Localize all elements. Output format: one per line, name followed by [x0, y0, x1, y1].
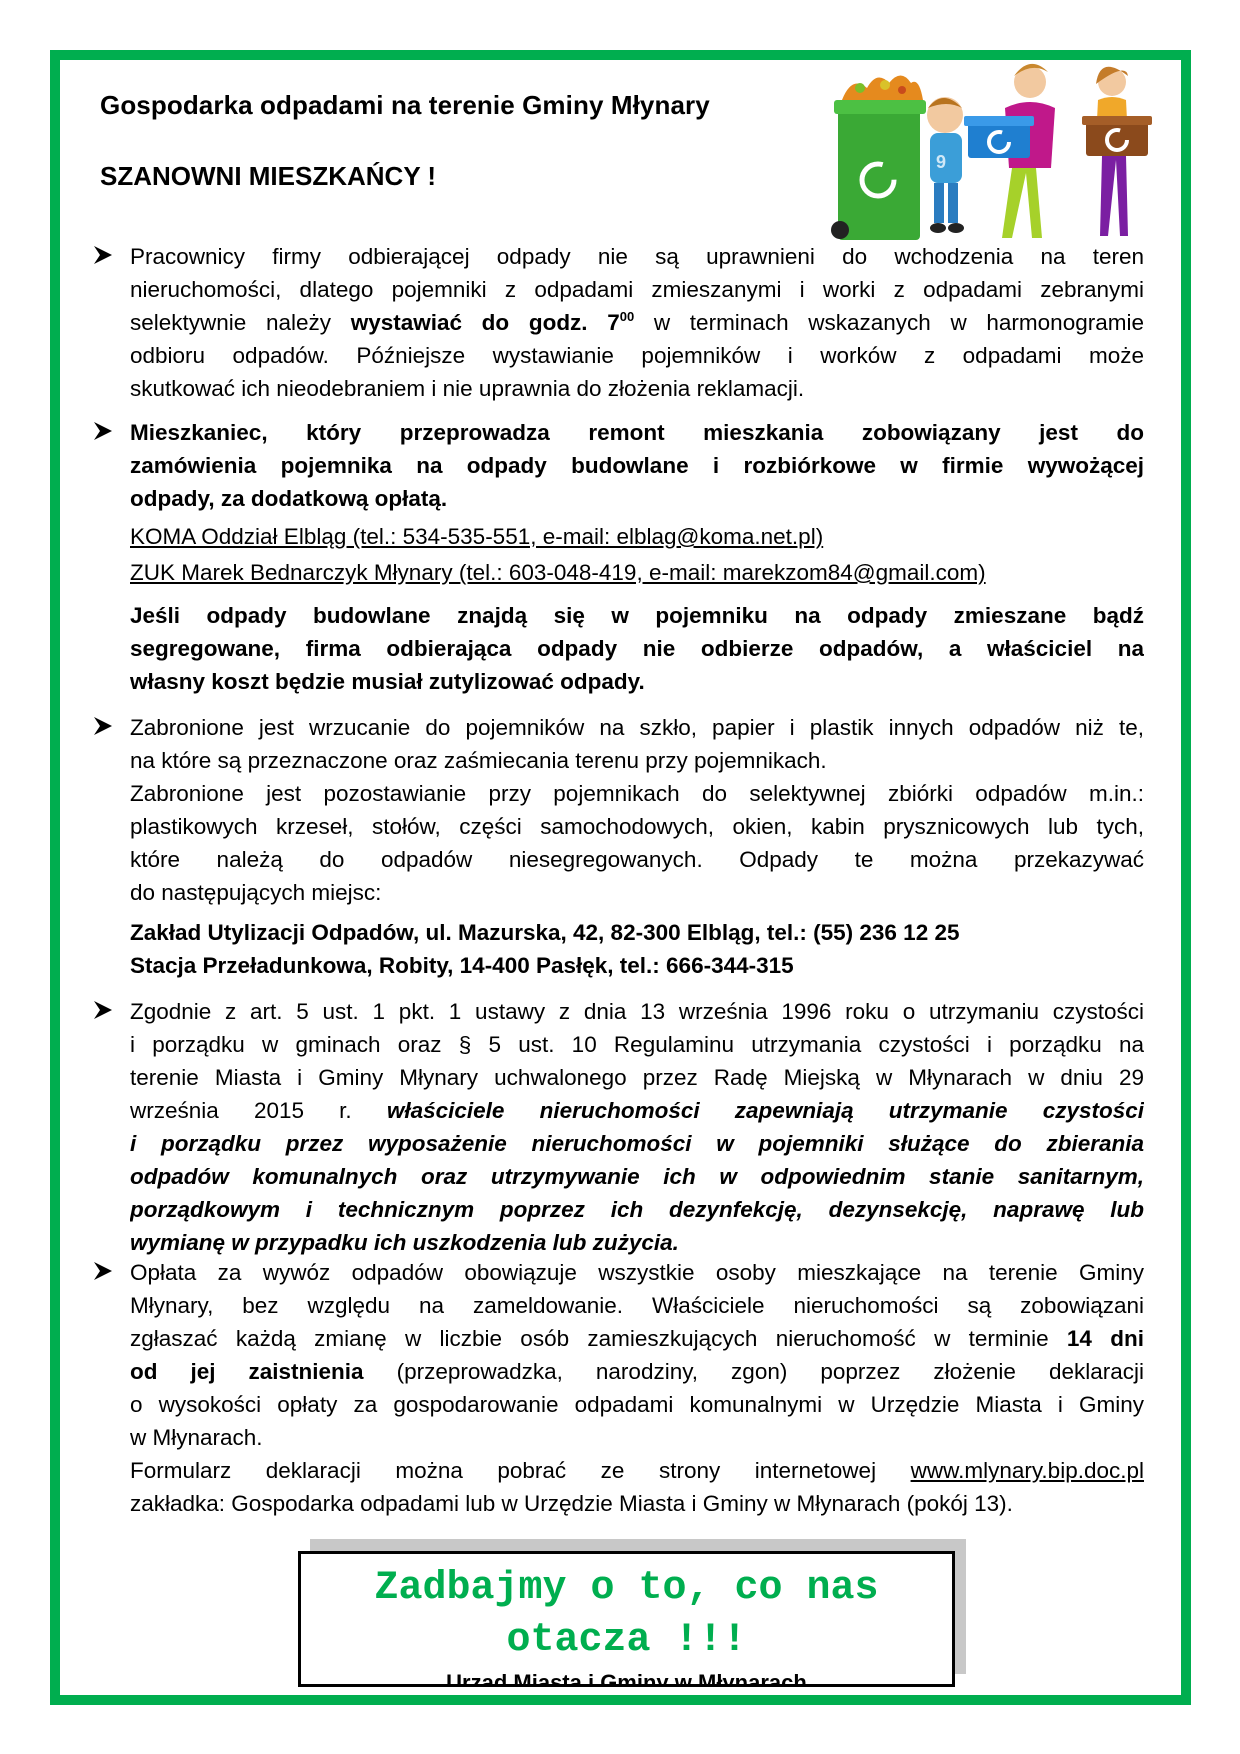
warning-line: własny koszt będzie musiał zutylizować o…	[130, 665, 1144, 698]
green-bin-icon	[831, 76, 926, 241]
p5-line: Opłata za wywóz odpadów obowiązuje wszys…	[130, 1256, 1144, 1289]
p3-line: na które są przeznaczone oraz zaśmiecani…	[130, 744, 1144, 777]
p1-line: nieruchomości, dlatego pojemniki z odpad…	[130, 273, 1144, 306]
disposal-place-1: Zakład Utylizacji Odpadów, ul. Mazurska,…	[130, 916, 1144, 949]
p3-line: do następujących miejsc:	[130, 876, 1144, 909]
contact-zuk-link[interactable]: ZUK Marek Bednarczyk Młynary (tel.: 603-…	[130, 556, 986, 589]
p4-line: odpadów komunalnych oraz utrzymywanie ic…	[130, 1160, 1144, 1193]
disposal-place-2: Stacja Przeładunkowa, Robity, 14-400 Pas…	[130, 949, 1144, 982]
p5-line: w Młynarach.	[130, 1421, 1144, 1454]
p5-line: zgłaszać każdą zmianę w liczbie osób zam…	[130, 1322, 1144, 1355]
p4-line: i porządku przez wyposażenie nieruchomoś…	[130, 1127, 1144, 1160]
p3-line: Zabronione jest pozostawianie przy pojem…	[130, 777, 1144, 810]
arrow-bullet-icon	[92, 244, 114, 266]
p5-line: od jej zaistnienia (przeprowadzka, narod…	[130, 1355, 1144, 1388]
warning-line: Jeśli odpady budowlane znajdą się w poje…	[130, 599, 1144, 632]
arrow-bullet-icon	[92, 420, 114, 442]
motto-line-2: otacza !!!	[301, 1615, 952, 1667]
motto-box: Zadbajmy o to, co nas otacza !!! Urząd M…	[298, 1551, 955, 1687]
website-link[interactable]: www.mlynary.bip.doc.pl	[911, 1458, 1144, 1483]
p1-line: skutkować ich nieodebraniem i nie uprawn…	[130, 372, 1144, 405]
recycling-family-illustration: 9	[830, 60, 1155, 245]
p1-line: selektywnie należy wystawiać do godz. 70…	[130, 306, 1144, 339]
p4-line: Zgodnie z art. 5 ust. 1 pkt. 1 ustawy z …	[130, 995, 1144, 1028]
p5-line: o wysokości opłaty za gospodarowanie odp…	[130, 1388, 1144, 1421]
p3-line: Zabronione jest wrzucanie do pojemników …	[130, 711, 1144, 744]
arrow-bullet-icon	[92, 999, 114, 1021]
p1-line: odbioru odpadów. Późniejsze wystawianie …	[130, 339, 1144, 372]
contact-koma-link[interactable]: KOMA Oddział Elbląg (tel.: 534-535-551, …	[130, 520, 823, 553]
p2-line: zamówienia pojemnika na odpady budowlane…	[130, 449, 1144, 482]
p5-line: Formularz deklaracji można pobrać ze str…	[130, 1454, 1144, 1487]
p2-line: odpady, za dodatkową opłatą.	[130, 482, 1144, 515]
arrow-bullet-icon	[92, 1260, 114, 1282]
p4-line: września 2015 r. właściciele nieruchomoś…	[130, 1094, 1144, 1127]
p4-line: porządkowym i technicznym poprzez ich de…	[130, 1193, 1144, 1226]
warning-line: segregowane, firma odbierająca odpady ni…	[130, 632, 1144, 665]
p5-line: Młynary, bez względu na zameldowanie. Wł…	[130, 1289, 1144, 1322]
man-figure-icon	[964, 64, 1055, 238]
p4-line: i porządku w gminach oraz § 5 ust. 10 Re…	[130, 1028, 1144, 1061]
p1-line: Pracownicy firmy odbierającej odpady nie…	[130, 240, 1144, 273]
deadline-emphasis: wystawiać do godz. 700	[351, 310, 635, 335]
p5-line: zakładka: Gospodarka odpadami lub w Urzę…	[130, 1487, 1144, 1520]
p4-line: terenie Miasta i Gminy Młynary uchwalone…	[130, 1061, 1144, 1094]
p3-line: które należą do odpadów niesegregowanych…	[130, 843, 1144, 876]
p3-line: plastikowych krzeseł, stołów, części sam…	[130, 810, 1144, 843]
woman-figure-icon	[1082, 67, 1152, 236]
p2-line: Mieszkaniec, który przeprowadza remont m…	[130, 416, 1144, 449]
greeting-heading: SZANOWNI MIESZKAŃCY !	[100, 161, 436, 192]
p4-line: wymianę w przypadku ich uszkodzenia lub …	[130, 1226, 1144, 1259]
page-title: Gospodarka odpadami na terenie Gminy Mły…	[100, 90, 710, 121]
motto-line-1: Zadbajmy o to, co nas	[301, 1563, 952, 1615]
arrow-bullet-icon	[92, 715, 114, 737]
boy-figure-icon: 9	[927, 97, 964, 233]
motto-signature-clipped: Urząd Miasta i Gminy w Młynarach	[301, 1671, 952, 1687]
svg-text:9: 9	[936, 152, 946, 172]
